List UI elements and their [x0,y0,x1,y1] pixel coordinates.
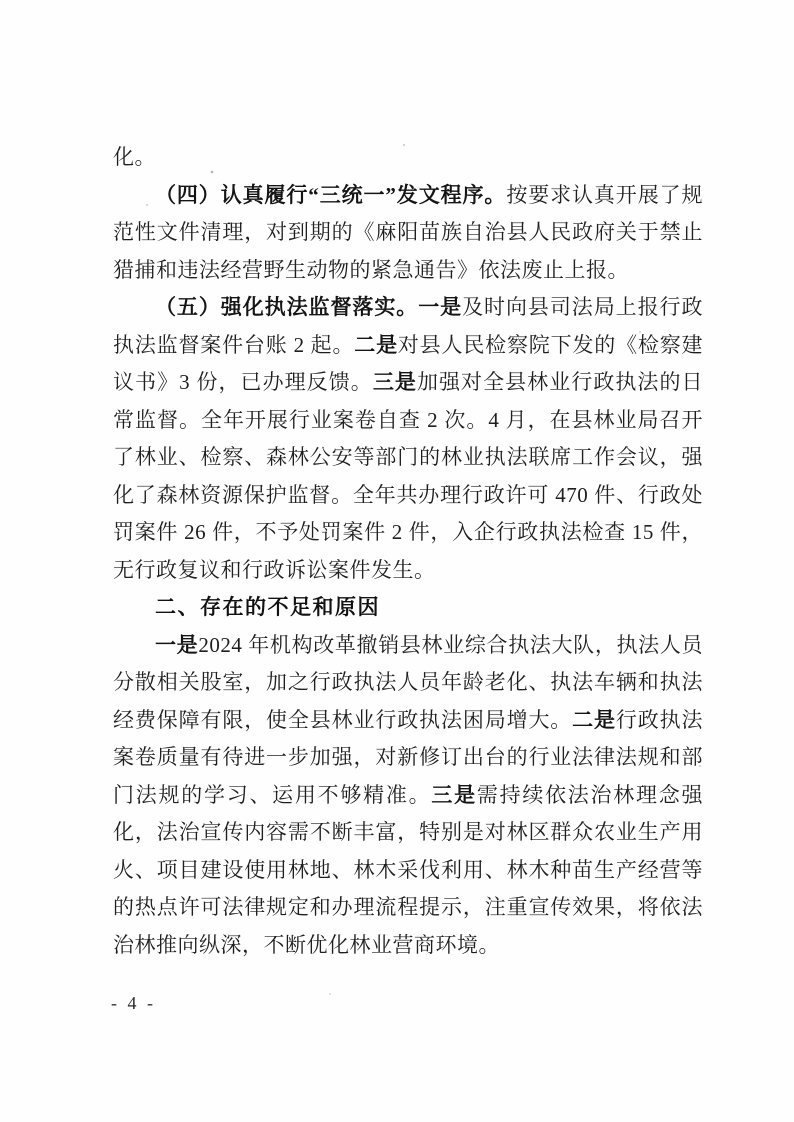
paragraph-continuation: 化。 [113,139,703,177]
section-4-lead: （四）认真履行“三统一”发文程序。 [155,183,506,207]
section-5-item-3-text: 加强对全县林业行政执法的日常监督。全年开展行业案卷自查 2 次。4 月，在县林业… [113,370,703,582]
issues-item-1-label: 一是 [155,633,198,657]
section-2-heading: 二、存在的不足和原因 [113,589,703,627]
issues-item-2-label: 二是 [572,708,616,732]
section-5-lead: （五）强化执法监督落实。 [155,295,418,319]
section-2-heading-text: 二、存在的不足和原因 [155,596,380,619]
issues-item-3-label: 三是 [431,783,476,807]
paragraph-section-4: （四）认真履行“三统一”发文程序。按要求认真开展了规范性文件清理，对到期的《麻阳… [113,177,703,290]
section-5-item-3-label: 三是 [373,370,417,394]
section-5-item-1-label: 一是 [418,295,462,319]
issues-item-3-text: 需持续依法治林理念强化，法治宣传内容需不断丰富，特别是对林区群众农业生产用火、项… [113,783,703,957]
page-number: - 4 - [111,991,156,1015]
continuation-text: 化。 [113,145,156,169]
section-5-item-2-label: 二是 [354,333,398,357]
document-body: 化。 （四）认真履行“三统一”发文程序。按要求认真开展了规范性文件清理，对到期的… [113,139,703,964]
scanned-document-page: { "page": { "background": "#fefefe", "te… [0,0,794,1122]
paragraph-issues: 一是2024 年机构改革撤销县林业综合执法大队，执法人员分散相关股室，加之行政执… [113,627,703,965]
paragraph-section-5: （五）强化执法监督落实。一是及时向县司法局上报行政执法监督案件台账 2 起。二是… [113,289,703,589]
